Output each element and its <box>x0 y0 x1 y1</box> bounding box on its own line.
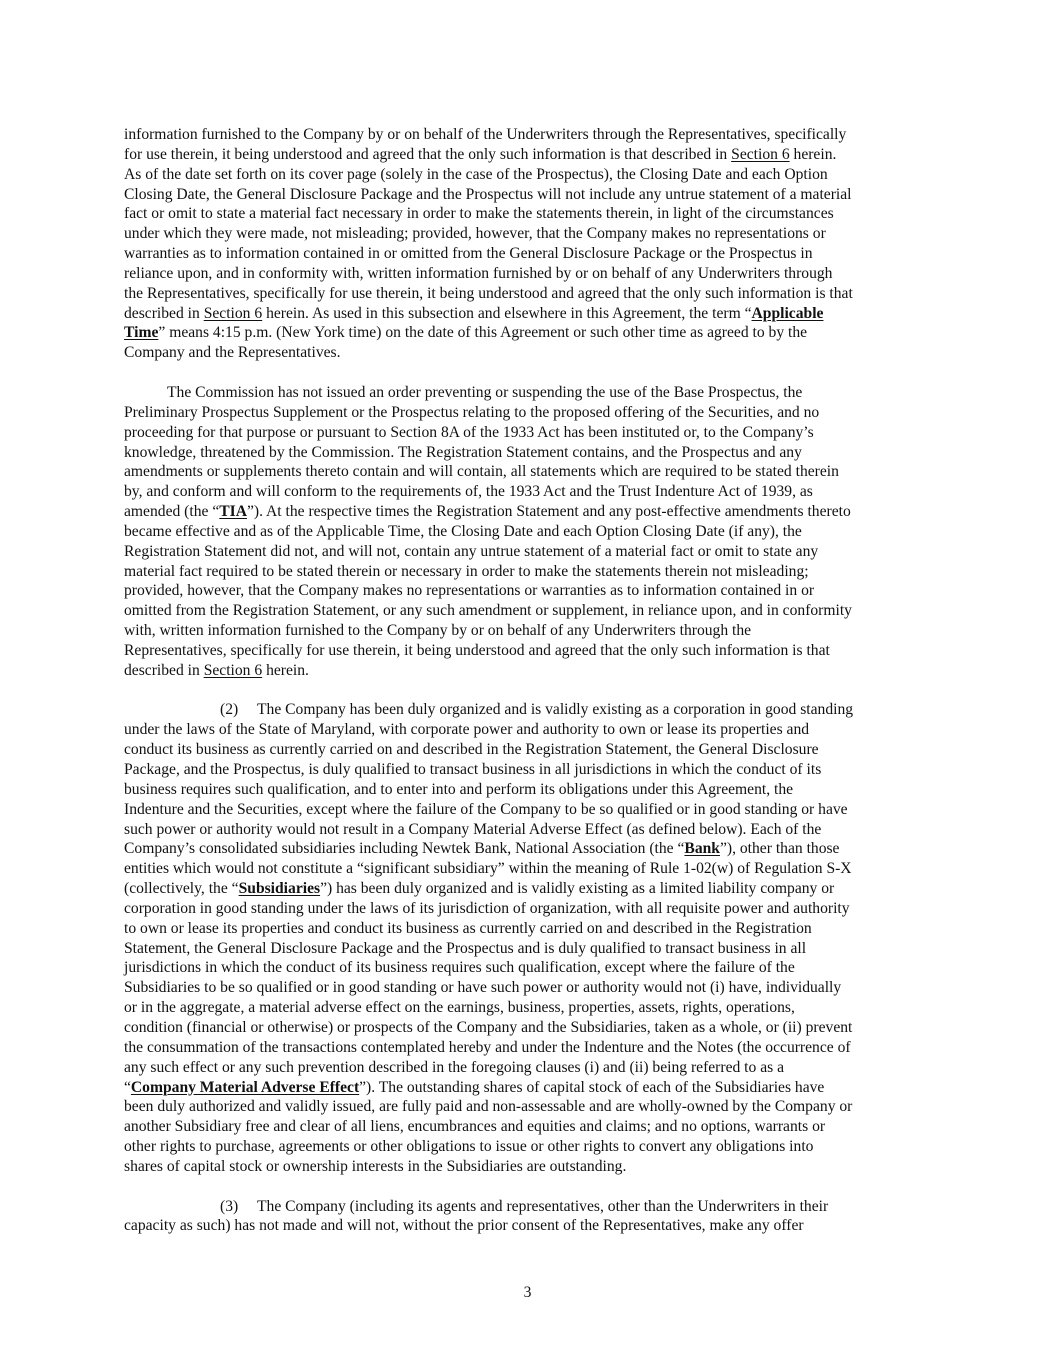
paragraph-p3: (2)The Company has been duly organized a… <box>124 700 936 1176</box>
text-run: jurisdictions in which the conduct of it… <box>124 959 795 976</box>
text-run: the Representatives, specifically for us… <box>124 285 853 302</box>
text-run: or in the aggregate, a material adverse … <box>124 999 795 1016</box>
text-run: Representatives, specifically for use th… <box>124 642 830 659</box>
text-run: by, and conform and will conform to the … <box>124 483 813 500</box>
text-run: such power or authority would not result… <box>124 821 821 838</box>
text-line: condition (financial or otherwise) or pr… <box>124 1018 936 1038</box>
text-run: shares of capital stock or ownership int… <box>124 1158 626 1175</box>
text-line: proceeding for that purpose or pursuant … <box>124 423 936 443</box>
text-run: any such effect or any such prevention d… <box>124 1059 784 1076</box>
defined-term: Company Material Adverse Effect <box>131 1079 359 1096</box>
text-run: Package, and the Prospectus, is duly qua… <box>124 761 821 778</box>
text-run: business requires such qualification, an… <box>124 781 793 798</box>
text-run: The Company has been duly organized and … <box>257 701 853 718</box>
text-run: Statement, the General Disclosure Packag… <box>124 940 806 957</box>
text-line: provided, however, that the Company make… <box>124 581 936 601</box>
text-run: amended (the “ <box>124 503 219 520</box>
text-run: proceeding for that purpose or pursuant … <box>124 424 814 441</box>
text-line: “Company Material Adverse Effect”). The … <box>124 1078 936 1098</box>
text-run: Registration Statement did not, and will… <box>124 543 818 560</box>
text-run: ”) has been duly organized and is validl… <box>320 880 834 897</box>
text-line: amended (the “TIA”). At the respective t… <box>124 502 936 522</box>
text-run: Preliminary Prospectus Supplement or the… <box>124 404 819 421</box>
text-run: corporation in good standing under the l… <box>124 900 850 917</box>
text-line: Package, and the Prospectus, is duly qua… <box>124 760 936 780</box>
text-run: under which they were made, not misleadi… <box>124 225 826 242</box>
text-line: material fact required to be stated ther… <box>124 562 936 582</box>
text-run: Company’s consolidated subsidiaries incl… <box>124 840 684 857</box>
text-run: became effective and as of the Applicabl… <box>124 523 802 540</box>
text-line: (2)The Company has been duly organized a… <box>124 700 936 720</box>
paragraph-p2: The Commission has not issued an order p… <box>124 383 936 681</box>
text-run: entities which would not constitute a “s… <box>124 860 852 877</box>
text-run: ”). At the respective times the Registra… <box>247 503 851 520</box>
text-line: Indenture and the Securities, except whe… <box>124 800 936 820</box>
text-line: shares of capital stock or ownership int… <box>124 1157 936 1177</box>
text-run: other rights to purchase, agreements or … <box>124 1138 813 1155</box>
text-line: Company’s consolidated subsidiaries incl… <box>124 839 936 859</box>
text-line: such power or authority would not result… <box>124 820 936 840</box>
text-line: Preliminary Prospectus Supplement or the… <box>124 403 936 423</box>
text-line: omitted from the Registration Statement,… <box>124 601 936 621</box>
text-run: herein. <box>790 146 837 163</box>
paragraph-p1: information furnished to the Company by … <box>124 125 936 363</box>
text-line: business requires such qualification, an… <box>124 780 936 800</box>
text-run: another Subsidiary free and clear of all… <box>124 1118 825 1135</box>
text-line: information furnished to the Company by … <box>124 125 936 145</box>
document-body: information furnished to the Company by … <box>124 125 936 1236</box>
text-run: knowledge, threatened by the Commission.… <box>124 444 802 461</box>
text-line: Company and the Representatives. <box>124 343 936 363</box>
text-run: for use therein, it being understood and… <box>124 146 731 163</box>
clause-number: (3) <box>220 1197 257 1217</box>
text-line: under which they were made, not misleadi… <box>124 224 936 244</box>
text-line: amendments or supplements thereto contai… <box>124 462 936 482</box>
text-line: the consummation of the transactions con… <box>124 1038 936 1058</box>
text-line: by, and conform and will conform to the … <box>124 482 936 502</box>
text-run: under the laws of the State of Maryland,… <box>124 721 809 738</box>
text-line: for use therein, it being understood and… <box>124 145 936 165</box>
text-line: fact or omit to state a material fact ne… <box>124 204 936 224</box>
text-run: Subsidiaries to be so qualified or in go… <box>124 979 841 996</box>
text-run: “ <box>124 1079 131 1096</box>
text-line: described in Section 6 herein. As used i… <box>124 304 936 324</box>
text-run: with, written information furnished to t… <box>124 622 751 639</box>
text-run: As of the date set forth on its cover pa… <box>124 166 828 183</box>
text-line: another Subsidiary free and clear of all… <box>124 1117 936 1137</box>
text-run: information furnished to the Company by … <box>124 126 846 143</box>
defined-term: Bank <box>684 840 720 857</box>
text-line: entities which would not constitute a “s… <box>124 859 936 879</box>
text-run: The Commission has not issued an order p… <box>167 384 802 401</box>
text-run: The Company (including its agents and re… <box>257 1198 828 1215</box>
defined-term: Time <box>124 324 158 341</box>
section-reference: Section 6 <box>731 146 789 163</box>
text-run: provided, however, that the Company make… <box>124 582 814 599</box>
text-line: became effective and as of the Applicabl… <box>124 522 936 542</box>
text-line: Representatives, specifically for use th… <box>124 641 936 661</box>
text-line: Statement, the General Disclosure Packag… <box>124 939 936 959</box>
text-run: the consummation of the transactions con… <box>124 1039 851 1056</box>
text-line: (collectively, the “Subsidiaries”) has b… <box>124 879 936 899</box>
text-line: (3)The Company (including its agents and… <box>124 1197 936 1217</box>
text-line: Subsidiaries to be so qualified or in go… <box>124 978 936 998</box>
text-line: conduct its business as currently carrie… <box>124 740 936 760</box>
text-run: amendments or supplements thereto contai… <box>124 463 839 480</box>
text-run: fact or omit to state a material fact ne… <box>124 205 834 222</box>
text-run: herein. <box>262 662 309 679</box>
text-run: Indenture and the Securities, except whe… <box>124 801 848 818</box>
text-run: ”), other than those <box>720 840 840 857</box>
text-run: described in <box>124 662 204 679</box>
text-line: described in Section 6 herein. <box>124 661 936 681</box>
text-line: the Representatives, specifically for us… <box>124 284 936 304</box>
defined-term: Subsidiaries <box>239 880 320 897</box>
defined-term: TIA <box>219 503 247 520</box>
text-run: ”). The outstanding shares of capital st… <box>359 1079 824 1096</box>
text-run: to own or lease its properties and condu… <box>124 920 812 937</box>
text-line: Closing Date, the General Disclosure Pac… <box>124 185 936 205</box>
section-reference: Section 6 <box>204 305 262 322</box>
text-line: with, written information furnished to t… <box>124 621 936 641</box>
text-run: material fact required to be stated ther… <box>124 563 809 580</box>
text-run: described in <box>124 305 204 322</box>
text-line: or in the aggregate, a material adverse … <box>124 998 936 1018</box>
defined-term: Applicable <box>752 305 824 322</box>
text-line: jurisdictions in which the conduct of it… <box>124 958 936 978</box>
text-run: omitted from the Registration Statement,… <box>124 602 852 619</box>
text-line: capacity as such) has not made and will … <box>124 1216 936 1236</box>
text-line: Time” means 4:15 p.m. (New York time) on… <box>124 323 936 343</box>
paragraph-p4: (3)The Company (including its agents and… <box>124 1197 936 1237</box>
text-run: Closing Date, the General Disclosure Pac… <box>124 186 852 203</box>
document-page: information furnished to the Company by … <box>124 125 936 1236</box>
text-run: reliance upon, and in conformity with, w… <box>124 265 832 282</box>
text-run: conduct its business as currently carrie… <box>124 741 819 758</box>
text-line: to own or lease its properties and condu… <box>124 919 936 939</box>
text-line: other rights to purchase, agreements or … <box>124 1137 936 1157</box>
text-line: corporation in good standing under the l… <box>124 899 936 919</box>
text-run: ” means 4:15 p.m. (New York time) on the… <box>158 324 807 341</box>
text-line: The Commission has not issued an order p… <box>124 383 936 403</box>
text-line: Registration Statement did not, and will… <box>124 542 936 562</box>
text-run: (collectively, the “ <box>124 880 239 897</box>
text-run: herein. As used in this subsection and e… <box>262 305 751 322</box>
text-line: reliance upon, and in conformity with, w… <box>124 264 936 284</box>
text-line: warranties as to information contained i… <box>124 244 936 264</box>
page-number: 3 <box>0 1284 1055 1302</box>
text-line: As of the date set forth on its cover pa… <box>124 165 936 185</box>
text-line: knowledge, threatened by the Commission.… <box>124 443 936 463</box>
text-line: been duly authorized and validly issued,… <box>124 1097 936 1117</box>
text-line: under the laws of the State of Maryland,… <box>124 720 936 740</box>
text-run: been duly authorized and validly issued,… <box>124 1098 852 1115</box>
text-run: condition (financial or otherwise) or pr… <box>124 1019 852 1036</box>
text-run: warranties as to information contained i… <box>124 245 813 262</box>
text-line: any such effect or any such prevention d… <box>124 1058 936 1078</box>
clause-number: (2) <box>220 700 257 720</box>
section-reference: Section 6 <box>204 662 262 679</box>
text-run: Company and the Representatives. <box>124 344 341 361</box>
text-run: capacity as such) has not made and will … <box>124 1217 804 1234</box>
